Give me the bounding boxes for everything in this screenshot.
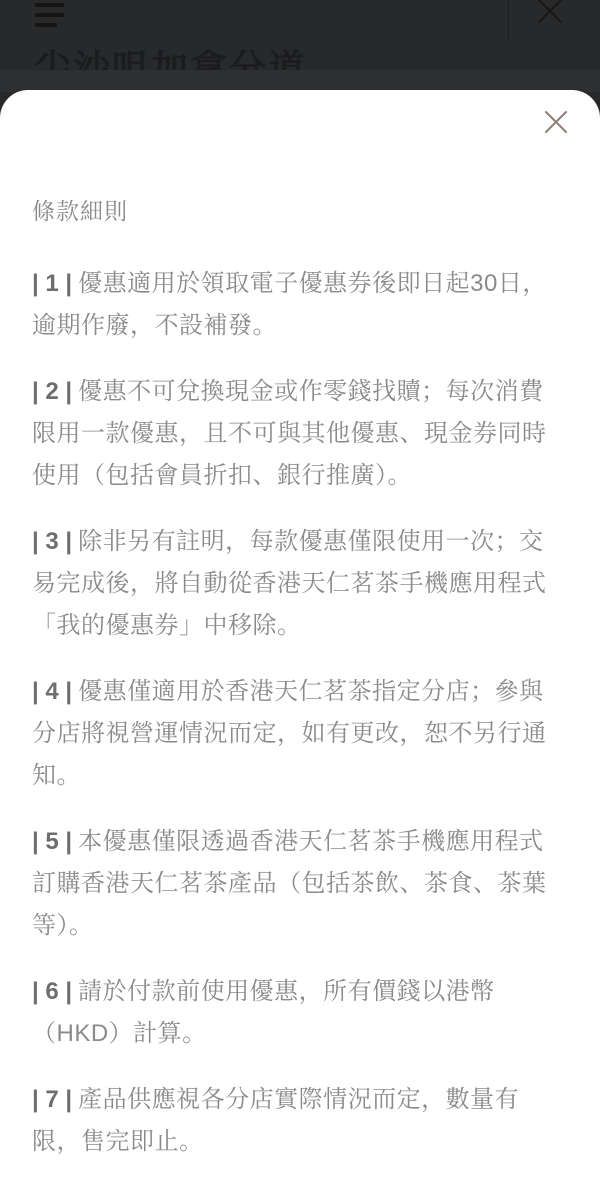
term-number: | 1 | (32, 270, 72, 297)
term-text: 優惠不可兌換現金或作零錢找贖；每次消費限用一款優惠，且不可與其他優惠、現金券同時… (32, 378, 547, 489)
term-text: 產品供應視各分店實際情況而定，數量有限，售完即止。 (32, 1086, 519, 1155)
modal-close-button[interactable] (542, 108, 570, 136)
terms-list: | 1 |優惠適用於領取電子優惠券後即日起30日，逾期作廢，不設補發。 | 2 … (32, 263, 568, 1163)
term-text: 優惠僅適用於香港天仁茗茶指定分店；參與分店將視營運情況而定，如有更改，恕不另行通… (32, 678, 547, 789)
terms-modal: 條款細則 | 1 |優惠適用於領取電子優惠券後即日起30日，逾期作廢，不設補發。… (0, 90, 600, 1195)
term-item: | 6 |請於付款前使用優惠，所有價錢以港幣（HKD）計算。 (32, 971, 568, 1055)
hamburger-icon (35, 3, 69, 27)
term-item: | 5 |本優惠僅限透過香港天仁茗茶手機應用程式訂購香港天仁茗茶產品（包括茶飲、… (32, 821, 568, 947)
term-item: | 3 |除非另有註明，每款優惠僅限使用一次；交易完成後，將自動從香港天仁茗茶手… (32, 521, 568, 647)
top-bar (0, 0, 600, 42)
close-icon (536, 0, 564, 25)
term-item: | 2 |優惠不可兌換現金或作零錢找贖；每次消費限用一款優惠，且不可與其他優惠、… (32, 371, 568, 497)
term-text: 本優惠僅限透過香港天仁茗茶手機應用程式訂購香港天仁茗茶產品（包括茶飲、茶食、茶葉… (32, 828, 547, 939)
term-number: | 7 | (32, 1086, 72, 1113)
term-number: | 6 | (32, 978, 72, 1005)
menu-button[interactable] (35, 1, 69, 29)
term-text: 除非另有註明，每款優惠僅限使用一次；交易完成後，將自動從香港天仁茗茶手機應用程式… (32, 528, 547, 639)
term-number: | 4 | (32, 678, 72, 705)
section-strip (0, 70, 600, 92)
term-number: | 5 | (32, 828, 72, 855)
topbar-divider (508, 0, 509, 42)
term-text: 請於付款前使用優惠，所有價錢以港幣（HKD）計算。 (32, 978, 495, 1047)
page-close-button[interactable] (536, 0, 564, 25)
term-item: | 4 |優惠僅適用於香港天仁茗茶指定分店；參與分店將視營運情況而定，如有更改，… (32, 671, 568, 797)
term-number: | 3 | (32, 528, 72, 555)
term-item: | 1 |優惠適用於領取電子優惠券後即日起30日，逾期作廢，不設補發。 (32, 263, 568, 347)
term-item: | 7 |產品供應視各分店實際情況而定，數量有限，售完即止。 (32, 1079, 568, 1163)
term-text: 優惠適用於領取電子優惠券後即日起30日，逾期作廢，不設補發。 (32, 270, 547, 339)
app-screen: 尖沙咀加拿分道 條款細則 | 1 |優惠適用於領取電子優惠券後即日起30日，逾期… (0, 0, 600, 1195)
term-number: | 2 | (32, 378, 72, 405)
close-icon (542, 108, 570, 136)
terms-heading: 條款細則 (32, 90, 568, 226)
